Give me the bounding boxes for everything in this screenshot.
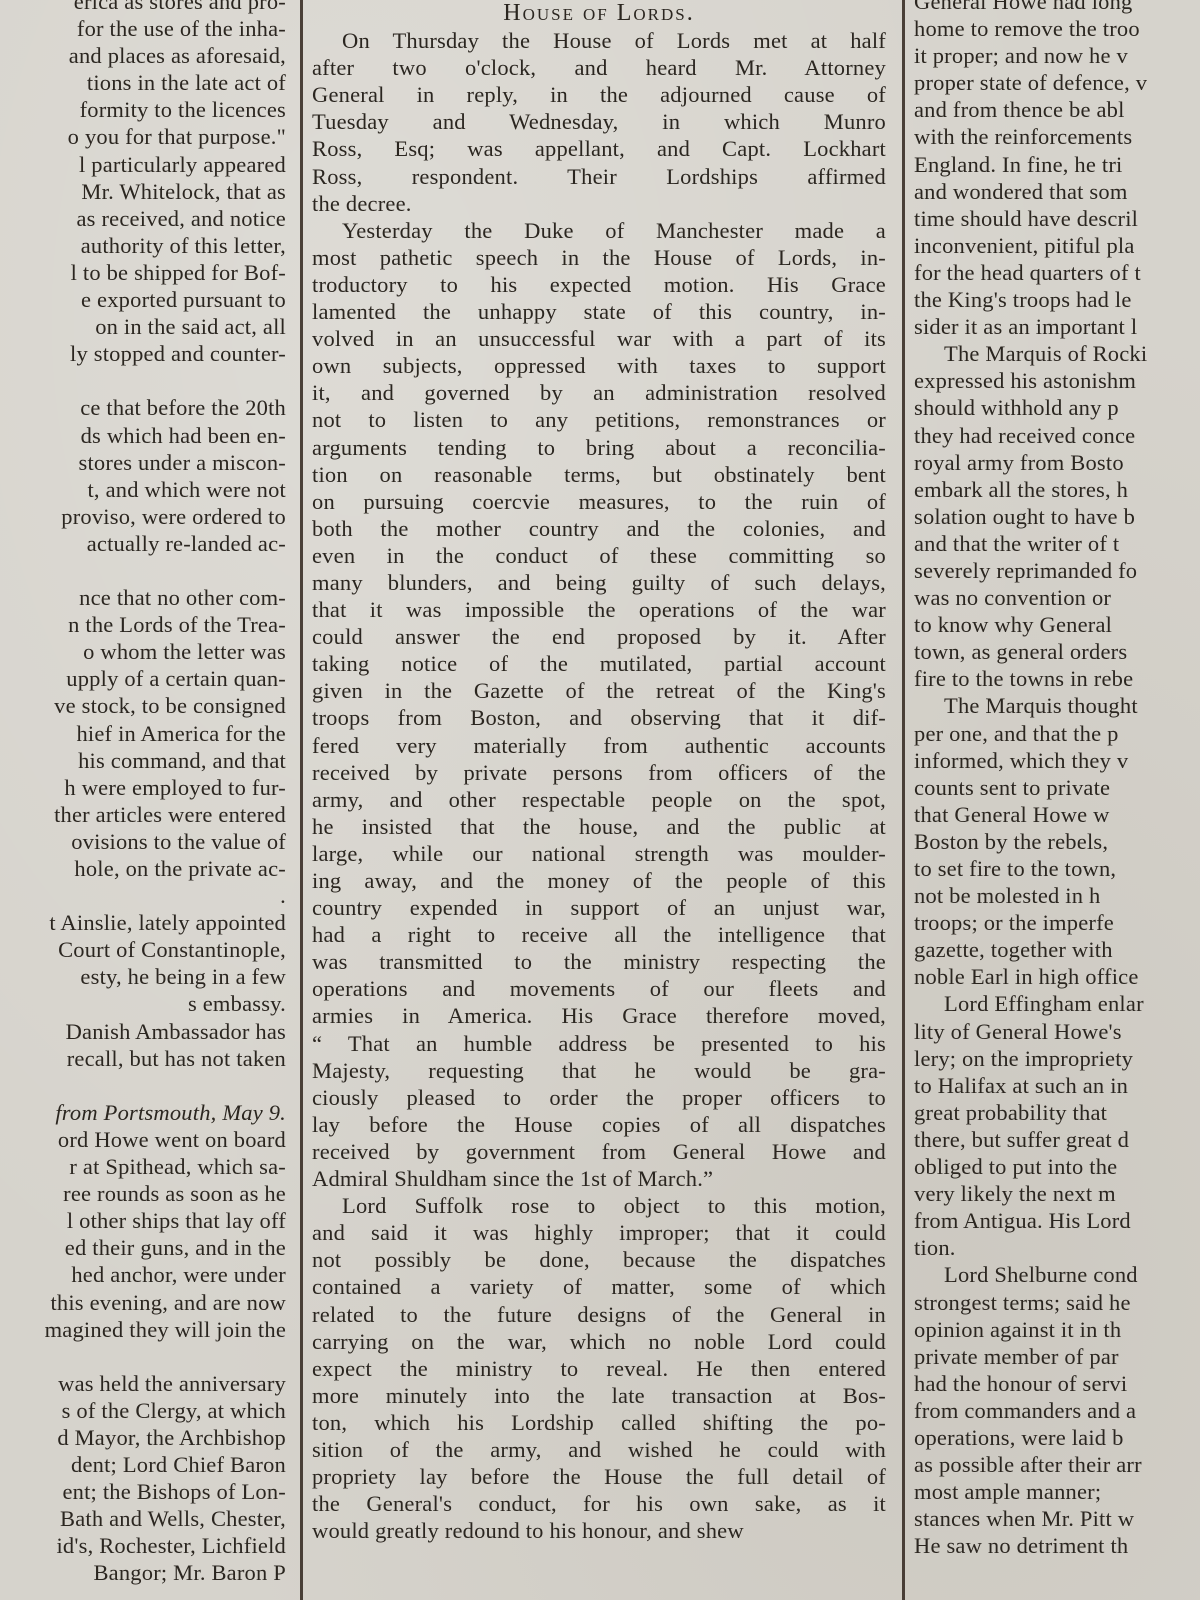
- text-line: country expended in support of an unjust…: [312, 894, 886, 921]
- text-line: lity of General Howe's: [914, 1018, 1200, 1045]
- text-line: home to remove the troo: [914, 15, 1200, 42]
- text-line: l particularly appeared: [0, 151, 292, 178]
- text-line: Bath and Wells, Chester,: [0, 1505, 292, 1532]
- text-line: given in the Gazette of the retreat of t…: [312, 677, 886, 704]
- text-line: ly stopped and counter-: [0, 340, 292, 367]
- text-line: h were employed to fur-: [0, 774, 292, 801]
- text-line: ed their guns, and in the: [0, 1234, 292, 1261]
- text-line: Ross, Esq; was appellant, and Capt. Lock…: [312, 135, 886, 162]
- text-line: the decree.: [312, 190, 886, 217]
- text-line: with the reinforcements: [914, 123, 1200, 150]
- text-line: that General Howe w: [914, 801, 1200, 828]
- text-line: from Portsmouth, May 9.: [0, 1099, 292, 1126]
- text-line: noble Earl in high office: [914, 963, 1200, 990]
- text-line: recall, but has not taken: [0, 1045, 292, 1072]
- text-line: town, as general orders: [914, 638, 1200, 665]
- middle-column: PARLIAMENTARY PROCEEDINGS. House of Lord…: [312, 0, 886, 1600]
- text-line: Lord Effingham enlar: [914, 990, 1200, 1017]
- text-line: and wondered that som: [914, 178, 1200, 205]
- text-line: formity to the licences: [0, 96, 292, 123]
- text-line: could answer the end proposed by it. Aft…: [312, 623, 886, 650]
- text-line: ord Howe went on board: [0, 1126, 292, 1153]
- line-gap: [0, 1343, 292, 1370]
- text-line: operations and movements of our fleets a…: [312, 975, 886, 1002]
- text-line: fered very materially from authentic acc…: [312, 732, 886, 759]
- text-line: army, and other respectable people on th…: [312, 786, 886, 813]
- text-line: armies in America. His Grace therefore m…: [312, 1002, 886, 1029]
- text-line: ton, which his Lordship called shifting …: [312, 1409, 886, 1436]
- text-line: would greatly redound to his honour, and…: [312, 1517, 886, 1544]
- text-line: as possible after their arr: [914, 1451, 1200, 1478]
- text-line: not be molested in h: [914, 882, 1200, 909]
- text-line: l other ships that lay off: [0, 1207, 292, 1234]
- text-line: counts sent to private: [914, 774, 1200, 801]
- column-rule-left: [300, 0, 303, 1600]
- text-line: not possibly be done, because the dispat…: [312, 1246, 886, 1273]
- text-line: obliged to put into the: [914, 1153, 1200, 1180]
- text-line: sition of the army, and wished he could …: [312, 1436, 886, 1463]
- text-line: opinion against it in th: [914, 1316, 1200, 1343]
- text-line: t, and which were not: [0, 476, 292, 503]
- text-line: the General's conduct, for his own sake,…: [312, 1490, 886, 1517]
- text-line: fire to the towns in rebe: [914, 665, 1200, 692]
- text-line: Yesterday the Duke of Manchester made a: [312, 217, 886, 244]
- text-line: to know why General: [914, 611, 1200, 638]
- text-line: o you for that purpose.": [0, 123, 292, 150]
- left-column: erica as stores and pro-for the use of t…: [0, 0, 292, 1600]
- text-line: tion on reasonable terms, but obstinatel…: [312, 461, 886, 488]
- text-line: expect the ministry to reveal. He then e…: [312, 1355, 886, 1382]
- text-line: expressed his astonishm: [914, 367, 1200, 394]
- text-line: lery; on the impropriety: [914, 1045, 1200, 1072]
- text-line: as received, and notice: [0, 205, 292, 232]
- text-line: received by government from General Howe…: [312, 1138, 886, 1165]
- text-line: royal army from Bosto: [914, 449, 1200, 476]
- text-line: severely reprimanded fo: [914, 557, 1200, 584]
- text-line: both the mother country and the colonies…: [312, 515, 886, 542]
- text-line: should withhold any p: [914, 394, 1200, 421]
- text-line: o whom the letter was: [0, 638, 292, 665]
- text-line: that it was impossible the operations of…: [312, 596, 886, 623]
- text-line: n the Lords of the Trea-: [0, 611, 292, 638]
- text-line: even in the conduct of these committing …: [312, 542, 886, 569]
- text-line: received by private persons from officer…: [312, 759, 886, 786]
- text-line: was held the anniversary: [0, 1370, 292, 1397]
- text-line: tion.: [914, 1234, 1200, 1261]
- text-line: Court of Constantinople,: [0, 936, 292, 963]
- text-line: strongest terms; said he: [914, 1289, 1200, 1316]
- text-line: l to be shipped for Bof-: [0, 259, 292, 286]
- text-line: great probability that: [914, 1099, 1200, 1126]
- text-line: on pursuing coercvie measures, to the ru…: [312, 488, 886, 515]
- text-line: for the head quarters of t: [914, 259, 1200, 286]
- text-line: s embassy.: [0, 990, 292, 1017]
- text-line: very likely the next m: [914, 1180, 1200, 1207]
- text-line: t Ainslie, lately appointed: [0, 909, 292, 936]
- text-line: erica as stores and pro-: [0, 0, 292, 15]
- text-line: esty, he being in a few: [0, 963, 292, 990]
- column-rule-right: [902, 0, 905, 1600]
- text-line: was no convention or: [914, 584, 1200, 611]
- text-line: had a right to receive all the intellige…: [312, 921, 886, 948]
- line-gap: [0, 557, 292, 584]
- text-line: private member of par: [914, 1343, 1200, 1370]
- text-line: Majesty, requesting that he would be gra…: [312, 1057, 886, 1084]
- text-line: and said it was highly improper; that it…: [312, 1219, 886, 1246]
- text-line: hed anchor, were under: [0, 1261, 292, 1288]
- text-line: Mr. Whitelock, that as: [0, 178, 292, 205]
- text-line: r at Spithead, which sa-: [0, 1153, 292, 1180]
- text-line: Bangor; Mr. Baron P: [0, 1559, 292, 1586]
- text-line: ent; the Bishops of Lon-: [0, 1478, 292, 1505]
- text-line: troops from Boston, and observing that i…: [312, 704, 886, 731]
- line-gap: [0, 1072, 292, 1099]
- text-line: Admiral Shuldham since the 1st of March.…: [312, 1165, 886, 1192]
- text-line: The Marquis of Rocki: [914, 340, 1200, 367]
- text-line: stances when Mr. Pitt w: [914, 1505, 1200, 1532]
- text-line: after two o'clock, and heard Mr. Attorne…: [312, 54, 886, 81]
- text-line: operations, were laid b: [914, 1424, 1200, 1451]
- text-line: Ross, respondent. Their Lordships affirm…: [312, 163, 886, 190]
- text-line: General in reply, in the adjourned cause…: [312, 81, 886, 108]
- text-line: nce that no other com-: [0, 584, 292, 611]
- text-line: had the honour of servi: [914, 1370, 1200, 1397]
- text-line: the King's troops had le: [914, 286, 1200, 313]
- text-line: The Marquis thought: [914, 692, 1200, 719]
- text-line: ve stock, to be consigned: [0, 692, 292, 719]
- text-line: carrying on the war, which no noble Lord…: [312, 1328, 886, 1355]
- text-line: it proper; and now he v: [914, 42, 1200, 69]
- text-line: taking notice of the mutilated, partial …: [312, 650, 886, 677]
- text-line: ovisions to the value of: [0, 828, 292, 855]
- text-line: embark all the stores, h: [914, 476, 1200, 503]
- text-line: He saw no detriment th: [914, 1532, 1200, 1559]
- text-line: On Thursday the House of Lords met at ha…: [312, 27, 886, 54]
- text-line: upply of a certain quan-: [0, 665, 292, 692]
- text-line: troops; or the imperfe: [914, 909, 1200, 936]
- text-line: contained a variety of matter, some of w…: [312, 1273, 886, 1300]
- text-line: it, and governed by an administration re…: [312, 379, 886, 406]
- text-line: ce that before the 20th: [0, 394, 292, 421]
- text-line: ciously pleased to order the proper offi…: [312, 1084, 886, 1111]
- text-line: “ That an humble address be presented to…: [312, 1030, 886, 1057]
- text-line: to Halifax at such an in: [914, 1072, 1200, 1099]
- text-line: ree rounds as soon as he: [0, 1180, 292, 1207]
- text-line: lay before the House copies of all dispa…: [312, 1111, 886, 1138]
- line-gap: [0, 367, 292, 394]
- text-line: ds which had been en-: [0, 422, 292, 449]
- text-line: Lord Suffolk rose to object to this moti…: [312, 1192, 886, 1219]
- text-line: d Mayor, the Archbishop: [0, 1424, 292, 1451]
- text-line: authority of this letter,: [0, 232, 292, 259]
- text-line: gazette, together with: [914, 936, 1200, 963]
- text-line: more minutely into the late transaction …: [312, 1382, 886, 1409]
- text-line: own subjects, oppressed with taxes to su…: [312, 352, 886, 379]
- text-line: he insisted that the house, and the publ…: [312, 813, 886, 840]
- text-line: most pathetic speech in the House of Lor…: [312, 244, 886, 271]
- text-line: and that the writer of t: [914, 530, 1200, 557]
- text-line: hief in America for the: [0, 720, 292, 747]
- text-line: solation ought to have b: [914, 503, 1200, 530]
- text-line: there, but suffer great d: [914, 1126, 1200, 1153]
- text-line: proviso, were ordered to: [0, 503, 292, 530]
- text-line: this evening, and are now: [0, 1289, 292, 1316]
- text-line: propriety lay before the House the full …: [312, 1463, 886, 1490]
- text-line: on in the said act, all: [0, 313, 292, 340]
- text-line: and from thence be abl: [914, 96, 1200, 123]
- text-line: ing away, and the money of the people of…: [312, 867, 886, 894]
- newspaper-page: erica as stores and pro-for the use of t…: [0, 0, 1200, 1600]
- text-line: was transmitted to the ministry respecti…: [312, 948, 886, 975]
- text-line: magined they will join the: [0, 1316, 292, 1343]
- text-line: stores under a miscon-: [0, 449, 292, 476]
- text-line: id's, Rochester, Lichfield: [0, 1532, 292, 1559]
- text-line: not to listen to any petitions, remonstr…: [312, 406, 886, 433]
- page-heading: House of Lords.: [312, 0, 886, 27]
- text-line: time should have descril: [914, 205, 1200, 232]
- text-line: inconvenient, pitiful pla: [914, 232, 1200, 259]
- text-line: per one, and that the p: [914, 720, 1200, 747]
- text-line: sider it as an important l: [914, 313, 1200, 340]
- text-line: volved in an unsuccessful war with a par…: [312, 325, 886, 352]
- text-line: his command, and that: [0, 747, 292, 774]
- text-line: e exported pursuant to: [0, 286, 292, 313]
- text-line: General Howe had long: [914, 0, 1200, 15]
- text-line: Tuesday and Wednesday, in which Munro: [312, 108, 886, 135]
- text-line: s of the Clergy, at which: [0, 1397, 292, 1424]
- text-line: .: [0, 882, 292, 909]
- text-line: Danish Ambassador has: [0, 1018, 292, 1045]
- text-line: large, while our national strength was m…: [312, 840, 886, 867]
- text-line: troductory to his expected motion. His G…: [312, 271, 886, 298]
- text-line: arguments tending to bring about a recon…: [312, 434, 886, 461]
- text-line: from Antigua. His Lord: [914, 1207, 1200, 1234]
- text-line: hole, on the private ac-: [0, 855, 292, 882]
- text-line: Lord Shelburne cond: [914, 1261, 1200, 1288]
- text-line: dent; Lord Chief Baron: [0, 1451, 292, 1478]
- text-line: proper state of defence, v: [914, 69, 1200, 96]
- text-line: many blunders, and being guilty of such …: [312, 569, 886, 596]
- text-line: England. In fine, he tri: [914, 151, 1200, 178]
- text-line: from commanders and a: [914, 1397, 1200, 1424]
- text-line: related to the future designs of the Gen…: [312, 1301, 886, 1328]
- right-column: General Howe had longhome to remove the …: [914, 0, 1200, 1600]
- text-line: tions in the late act of: [0, 69, 292, 96]
- text-line: Boston by the rebels,: [914, 828, 1200, 855]
- text-line: informed, which they v: [914, 747, 1200, 774]
- text-line: most ample manner;: [914, 1478, 1200, 1505]
- text-line: for the use of the inha-: [0, 15, 292, 42]
- text-line: ther articles were entered: [0, 801, 292, 828]
- article-body: On Thursday the House of Lords met at ha…: [312, 27, 886, 1544]
- text-line: actually re-landed ac-: [0, 530, 292, 557]
- text-line: and places as aforesaid,: [0, 42, 292, 69]
- text-line: to set fire to the town,: [914, 855, 1200, 882]
- text-line: they had received conce: [914, 422, 1200, 449]
- text-line: lamented the unhappy state of this count…: [312, 298, 886, 325]
